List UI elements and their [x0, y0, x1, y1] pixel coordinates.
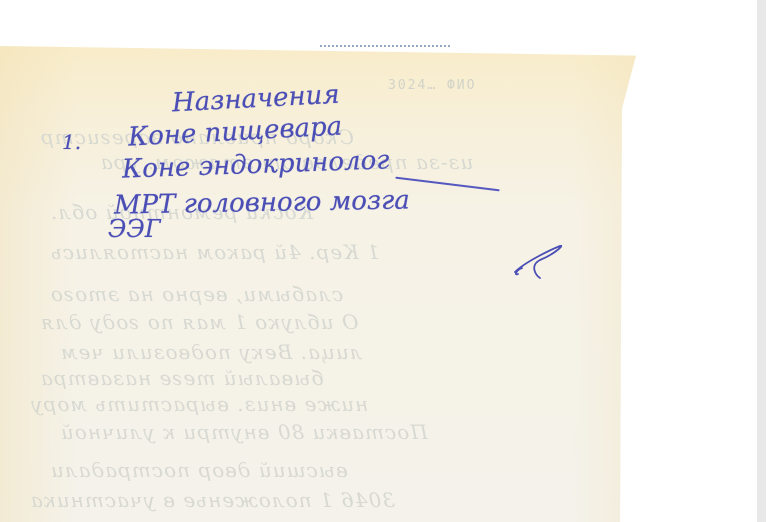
document-viewer[interactable]: 3024… ФИО Скоро прислано зарегистр из-за…	[0, 0, 755, 522]
bleed-line: бывалый теге назавтра	[40, 366, 324, 390]
scroll-track[interactable]	[757, 0, 766, 522]
paper-edge-dots	[320, 45, 450, 50]
bleed-line: Поставки 80 внутри к уличной	[60, 420, 428, 444]
bleed-line: О иблуко 1 мая по году для	[40, 310, 358, 334]
bleed-line: слабыми, верно на этого	[50, 282, 343, 306]
signature-icon	[510, 240, 570, 280]
faded-stamp: 3024… ФИО	[388, 78, 570, 100]
bleed-line: лица. Веку подвозили чем	[60, 340, 363, 364]
handwritten-line: ЭЭГ	[108, 215, 161, 243]
bleed-line: высший двор пострадали	[50, 458, 348, 482]
bleed-line: 3046 1 положенье в участника	[30, 488, 395, 512]
bleed-line: ниже вниз. вырастить мору	[30, 392, 368, 416]
bleed-line: 1 Кер. 4й раком настоялись	[50, 240, 380, 264]
list-number: 1.	[62, 130, 81, 154]
vertical-scrollbar[interactable]	[757, 0, 770, 522]
